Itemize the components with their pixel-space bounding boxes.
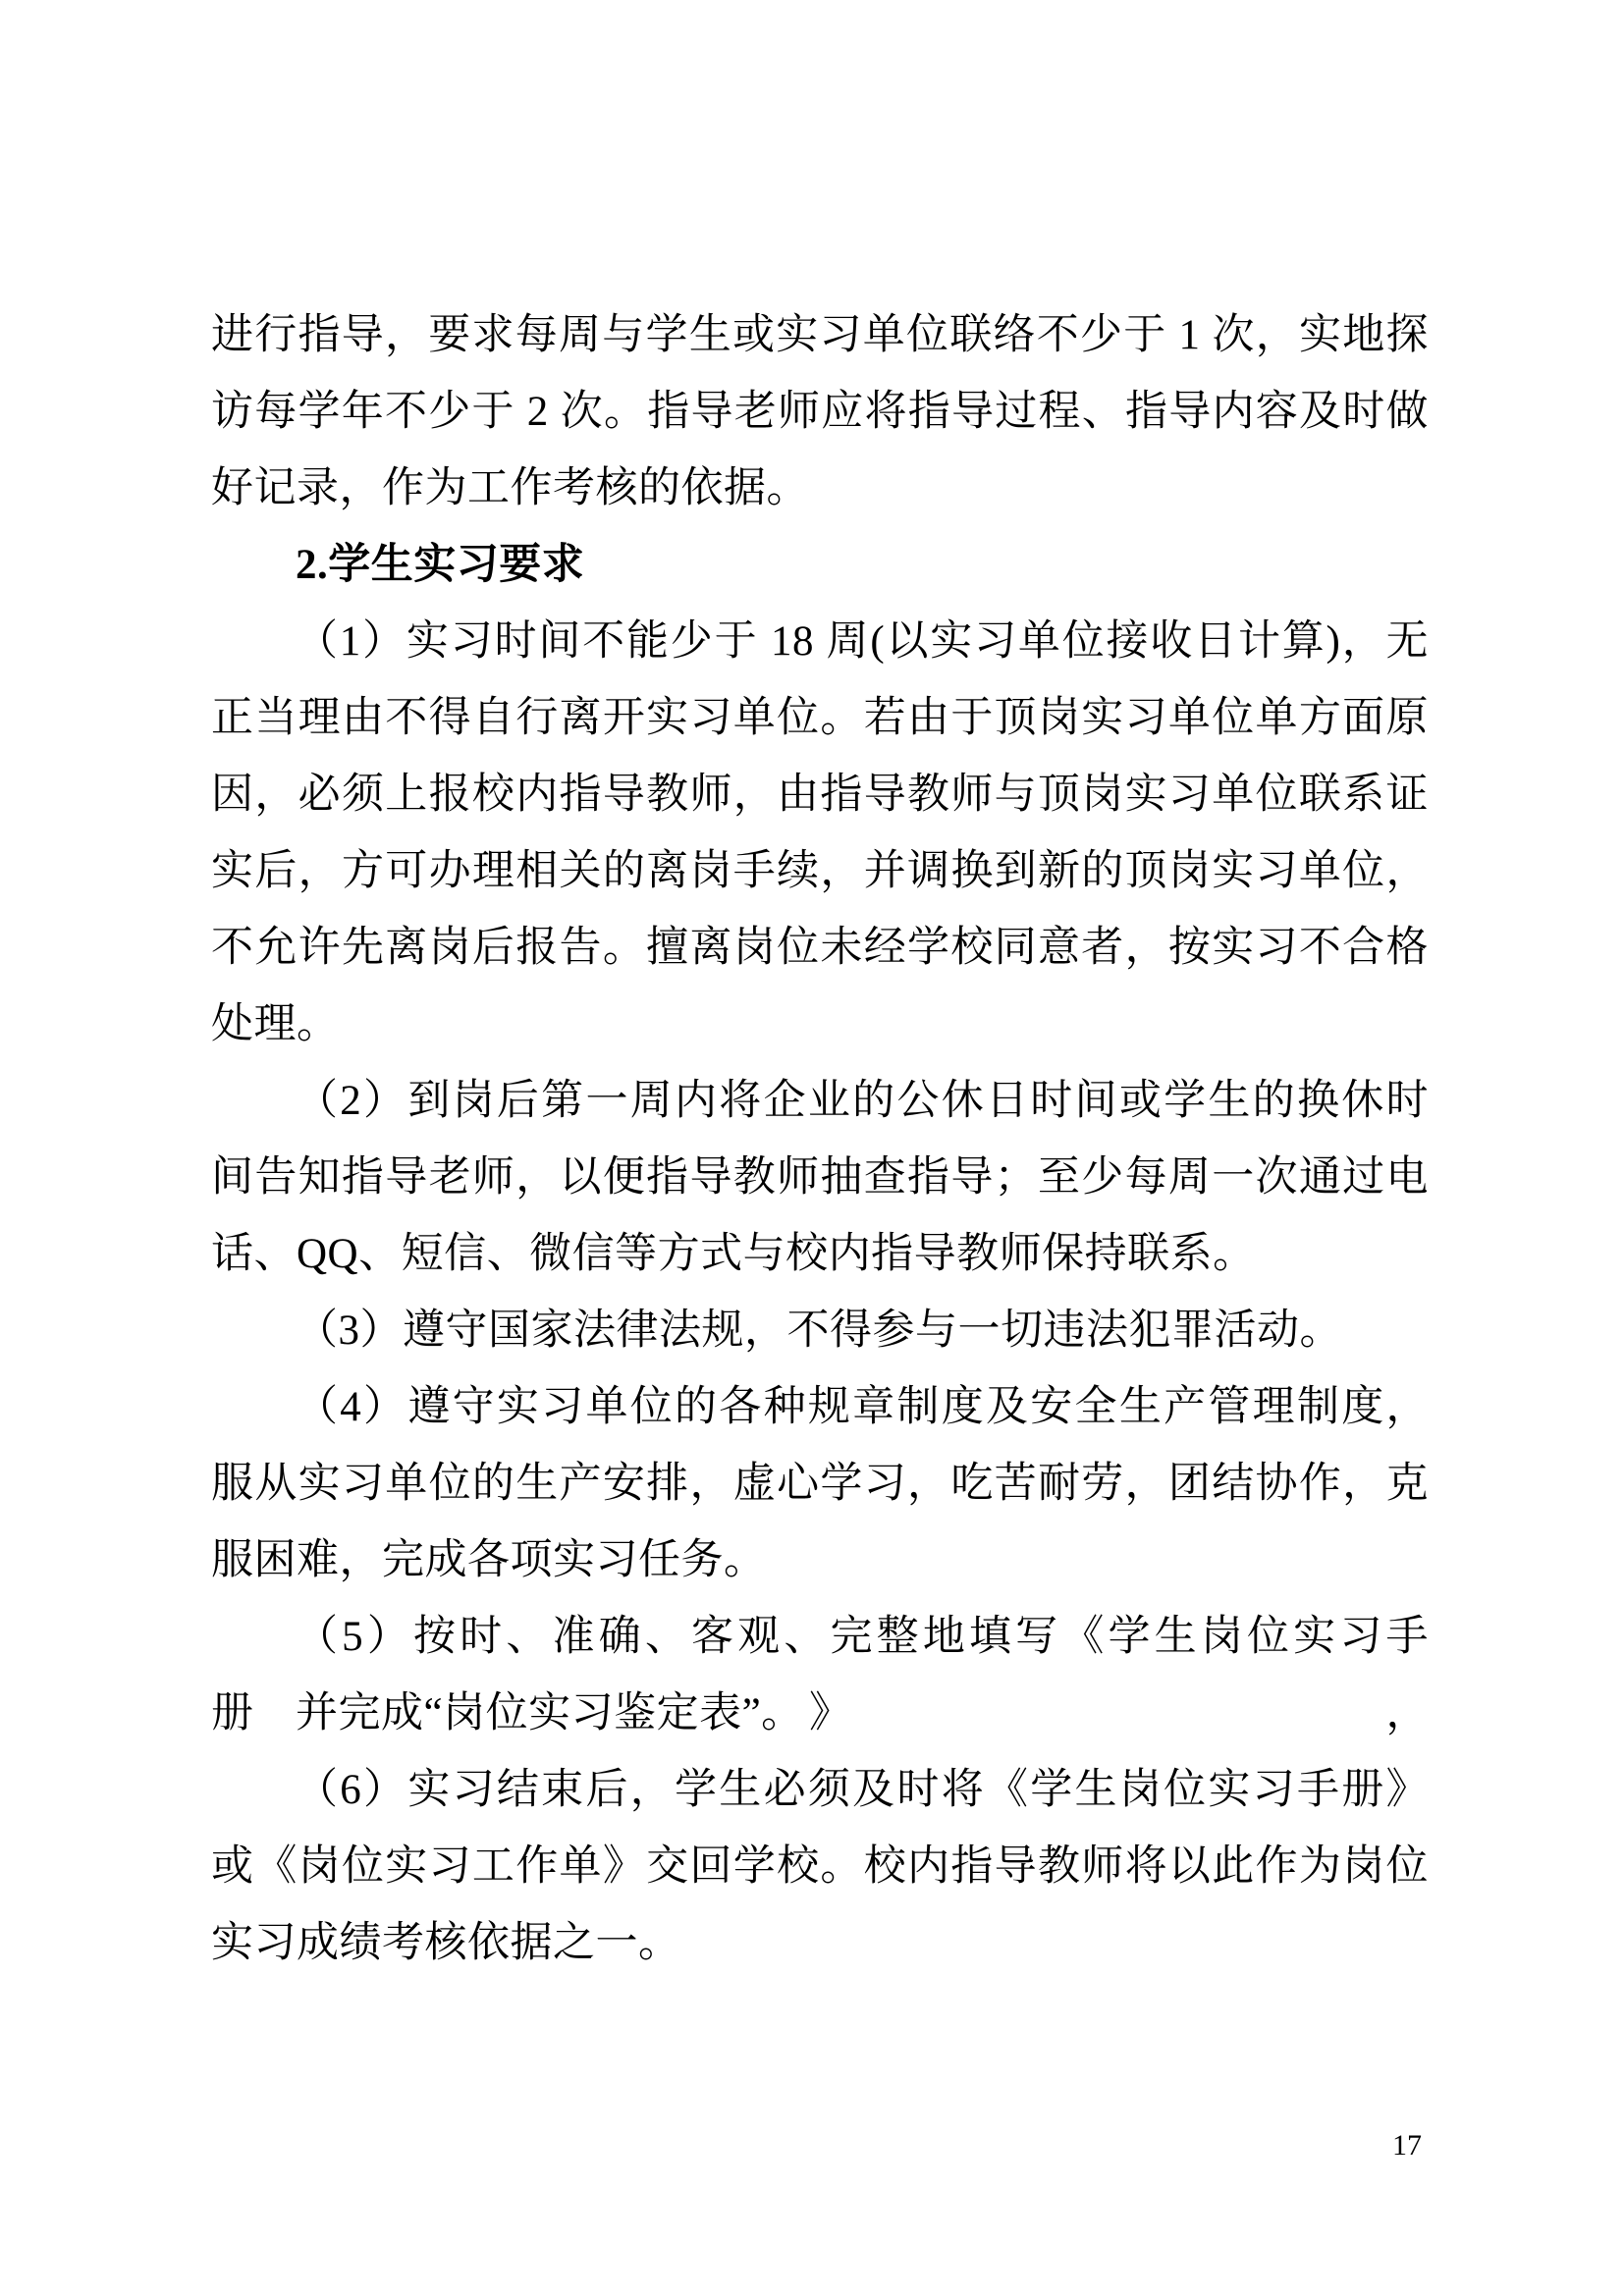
text-line: 正当理由不得自行离开实习单位。若由于顶岗实习单位单方面原 [211,680,1429,757]
text-line: （3）遵守国家法律法规，不得参与一切违法犯罪活动。 [211,1293,1429,1369]
text-line: 间告知指导老师，以便指导教师抽查指导；至少每周一次通过电 [211,1140,1429,1216]
text-line: 访每学年不少于 2 次。指导老师应将指导过程、指导内容及时做 [211,374,1429,451]
text-line: 服从实习单位的生产安排，虚心学习，吃苦耐劳，团结协作，克 [211,1446,1429,1522]
page-number: 17 [1373,2128,1422,2163]
text-line: （1）实习时间不能少于 18 周(以实习单位接收日计算)，无 [211,604,1429,680]
text-line: （6）实习结束后，学生必须及时将《学生岗位实习手册》 [211,1752,1429,1829]
text-line: 不允许先离岗后报告。擅离岗位未经学校同意者，按实习不合格 [211,910,1429,987]
text-line: 实习成绩考核依据之一。 [211,1905,1429,1982]
text-line: （5）按时、准确、客观、完整地填写《学生岗位实习手册》， [211,1599,1429,1676]
text-line: （2）到岗后第一周内将企业的公休日时间或学生的换休时 [211,1063,1429,1140]
text-line: 话、QQ、短信、微信等方式与校内指导教师保持联系。 [211,1216,1429,1293]
text-line: （4）遵守实习单位的各种规章制度及安全生产管理制度， [211,1369,1429,1446]
text-line: 进行指导，要求每周与学生或实习单位联络不少于 1 次，实地探 [211,297,1429,374]
body-text: 进行指导，要求每周与学生或实习单位联络不少于 1 次，实地探 访每学年不少于 2… [211,297,1429,1982]
text-line: 处理。 [211,987,1429,1063]
text-line: 好记录，作为工作考核的依据。 [211,451,1429,527]
text-line: 因，必须上报校内指导教师，由指导教师与顶岗实习单位联系证 [211,757,1429,833]
text-line: 实后，方可办理相关的离岗手续，并调换到新的顶岗实习单位， [211,833,1429,910]
text-line: 或《岗位实习工作单》交回学校。校内指导教师将以此作为岗位 [211,1829,1429,1905]
section-heading: 2.学生实习要求 [211,527,1429,604]
document-page: 进行指导，要求每周与学生或实习单位联络不少于 1 次，实地探 访每学年不少于 2… [0,0,1624,2296]
text-line: 服困难，完成各项实习任务。 [211,1522,1429,1599]
